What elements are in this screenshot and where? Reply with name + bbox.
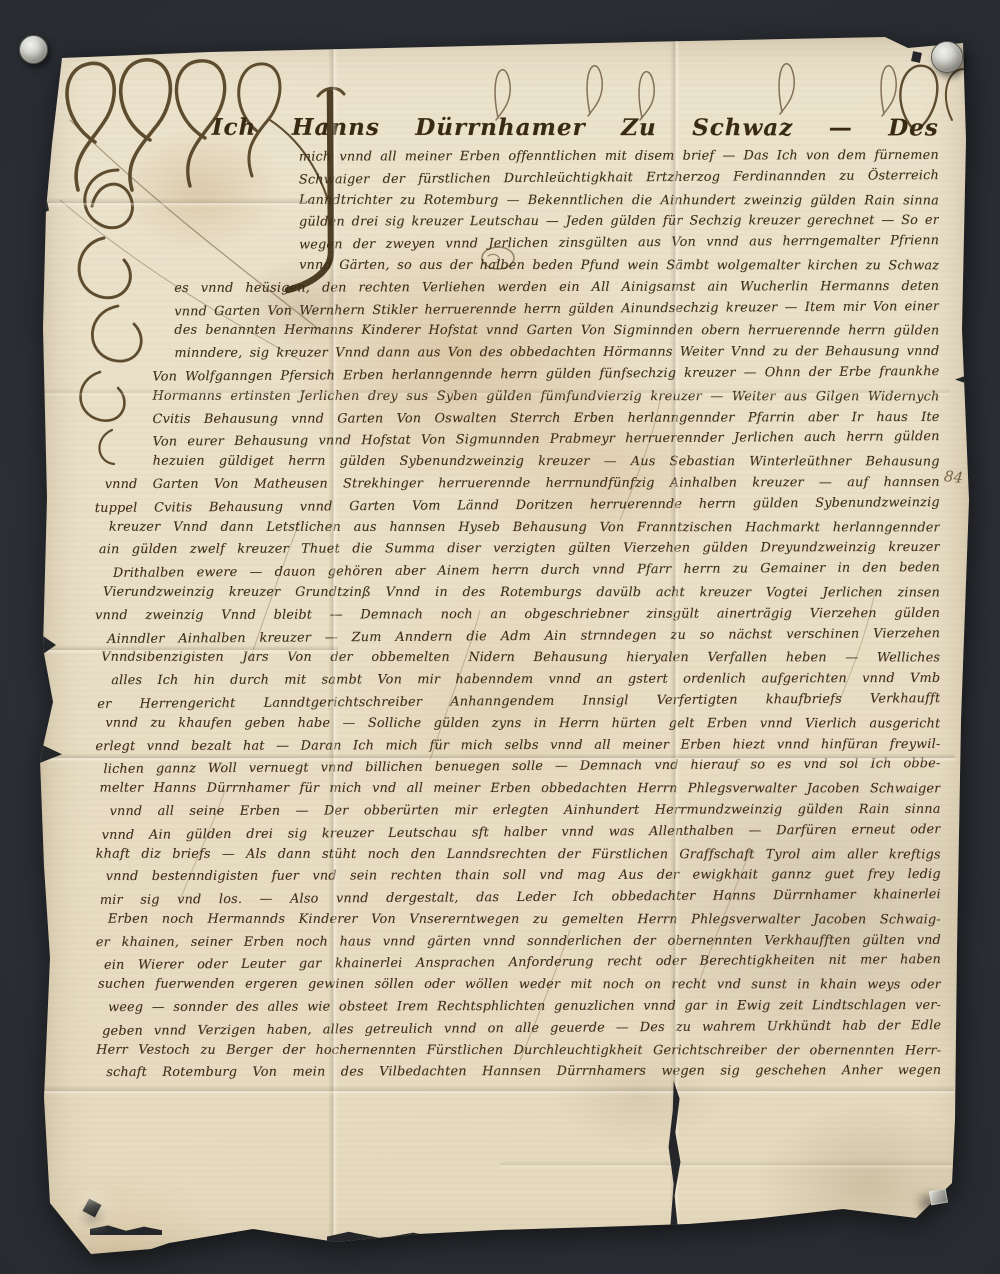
manuscript-line: er Herrengericht Lanndtgerichtschreiber … [95, 688, 940, 716]
manuscript-line: Herr Vestoch zu Berger der hochernennten… [96, 1039, 941, 1062]
fold-crease-horizontal [38, 645, 338, 654]
manuscript-line: kreuzer Vnnd dann Letstlichen aus hannse… [95, 516, 940, 539]
manuscript-line: des benannten Hermanns Kinderer Hofstat … [94, 320, 939, 343]
manuscript-line: Von Wolfganngen Pfersich Erben herlannge… [94, 361, 939, 389]
manuscript-line: vnnd Ain gülden drei sig kreuzer Leutsch… [96, 819, 941, 847]
manuscript-line: mir sig vnd los. — Also vnnd dergestalt,… [96, 884, 941, 912]
fold-crease-horizontal [42, 1086, 954, 1095]
fold-crease-horizontal [40, 753, 955, 762]
manuscript-line: tuppel Cvitis Behausung vnnd Garten Vom … [95, 492, 940, 520]
fold-crease-vertical [670, 40, 680, 1248]
manuscript-line: vnnd Gärten, so aus der halben beden Pfu… [94, 255, 939, 278]
fold-crease-horizontal [42, 198, 312, 207]
fold-crease-horizontal [40, 388, 950, 397]
manuscript-line: melter Hanns Dürrnhamer für mich vnd all… [95, 778, 940, 801]
manuscript-line: vnnd zu khaufen geben habe — Solliche gü… [95, 712, 940, 735]
manuscript-line: Schwaiger der fürstlichen Durchleüchtigk… [94, 165, 939, 193]
manuscript-line: Ich Hanns Dürrnhamer Zu Schwaz — Des Lan… [94, 110, 939, 147]
parchment-document: Ich Hanns Dürrnhamer Zu Schwaz — Des Lan… [0, 0, 1000, 1274]
parchment-sheet-wrapper: Ich Hanns Dürrnhamer Zu Schwaz — Des Lan… [0, 0, 1000, 1274]
fold-crease-vertical [328, 40, 338, 1248]
manuscript-line: Drithalben ewere — dauon gehören aber Ai… [95, 557, 940, 585]
photo-background: Ich Hanns Dürrnhamer Zu Schwaz — Des Lan… [0, 0, 1000, 1274]
fold-crease-horizontal [500, 1160, 955, 1169]
manuscript-line: hezuien güldiget herrn gülden Sybenundzw… [95, 451, 940, 474]
manuscript-line: schaft Rotemburg Von mein des Vilbedacht… [96, 1060, 941, 1084]
manuscript-line: Erben noch Hermannds Kinderer Von Vnsere… [96, 909, 941, 932]
manuscript-line: suchen fuerwenden ergeren gewinen söllen… [96, 974, 941, 997]
manuscript-line: geben vnnd Verzigen haben, alles getreul… [96, 1015, 941, 1043]
manuscript-text: Ich Hanns Dürrnhamer Zu Schwaz — Des Lan… [94, 109, 942, 1084]
pushpin-top-right [931, 41, 963, 73]
manuscript-line: Vierundzweinzig kreuzer Grundtzinß Vnnd … [95, 582, 940, 605]
manuscript-line: khaft diz briefs — Als dann stüht noch d… [96, 843, 941, 866]
marginal-note: 84 [943, 467, 964, 487]
nail-bottom-right [929, 1189, 948, 1206]
pushpin-top-left [19, 35, 48, 64]
edge-tear [37, 146, 49, 216]
